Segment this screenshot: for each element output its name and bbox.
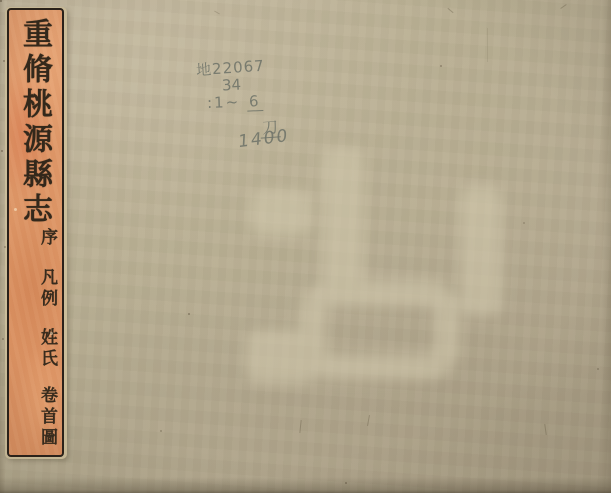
crease-mark [487, 28, 488, 62]
watermark-shape [250, 190, 312, 236]
pencil-number-34: 34 [222, 76, 242, 95]
title-label: 重脩桃源縣志 序 凡例 姓氏 卷首圖 [5, 7, 67, 459]
pencil-number-1400: 1400 [238, 126, 290, 153]
book-cover: 重脩桃源縣志 序 凡例 姓氏 卷首圖 地22067 34 :1~ 6 刀 140… [0, 0, 611, 493]
foxing-specks [0, 0, 2, 2]
label-section-preface: 序 [38, 228, 55, 249]
pencil-range-prefix: :1~ [207, 93, 241, 112]
watermark-shape [322, 148, 364, 298]
crease-mark [214, 11, 220, 15]
label-section-opening-volume: 卷首圖 [38, 386, 55, 449]
cover-right-edge-shadow [601, 0, 611, 493]
pencil-range-end: 6 [247, 92, 263, 112]
watermark-shape [246, 330, 318, 384]
watermark-emblem [0, 0, 611, 493]
label-section-surnames: 姓氏 [38, 328, 55, 370]
pencil-volume-range: :1~ 6 [207, 92, 263, 112]
watermark-shape [460, 186, 502, 316]
crease-mark [367, 415, 370, 426]
crease-mark [447, 8, 453, 13]
paper-texture [0, 0, 611, 493]
label-title-text: 重脩桃源縣志 [19, 18, 49, 228]
crease-mark [299, 420, 301, 433]
scan-vignette [0, 0, 611, 493]
label-section-general-rules: 凡例 [38, 268, 55, 310]
title-label-border: 重脩桃源縣志 序 凡例 姓氏 卷首圖 [7, 8, 64, 457]
cover-bottom-edge-shadow [0, 477, 611, 493]
crease-mark [544, 424, 547, 435]
crease-mark [560, 4, 566, 9]
watermark-shape [300, 280, 460, 380]
